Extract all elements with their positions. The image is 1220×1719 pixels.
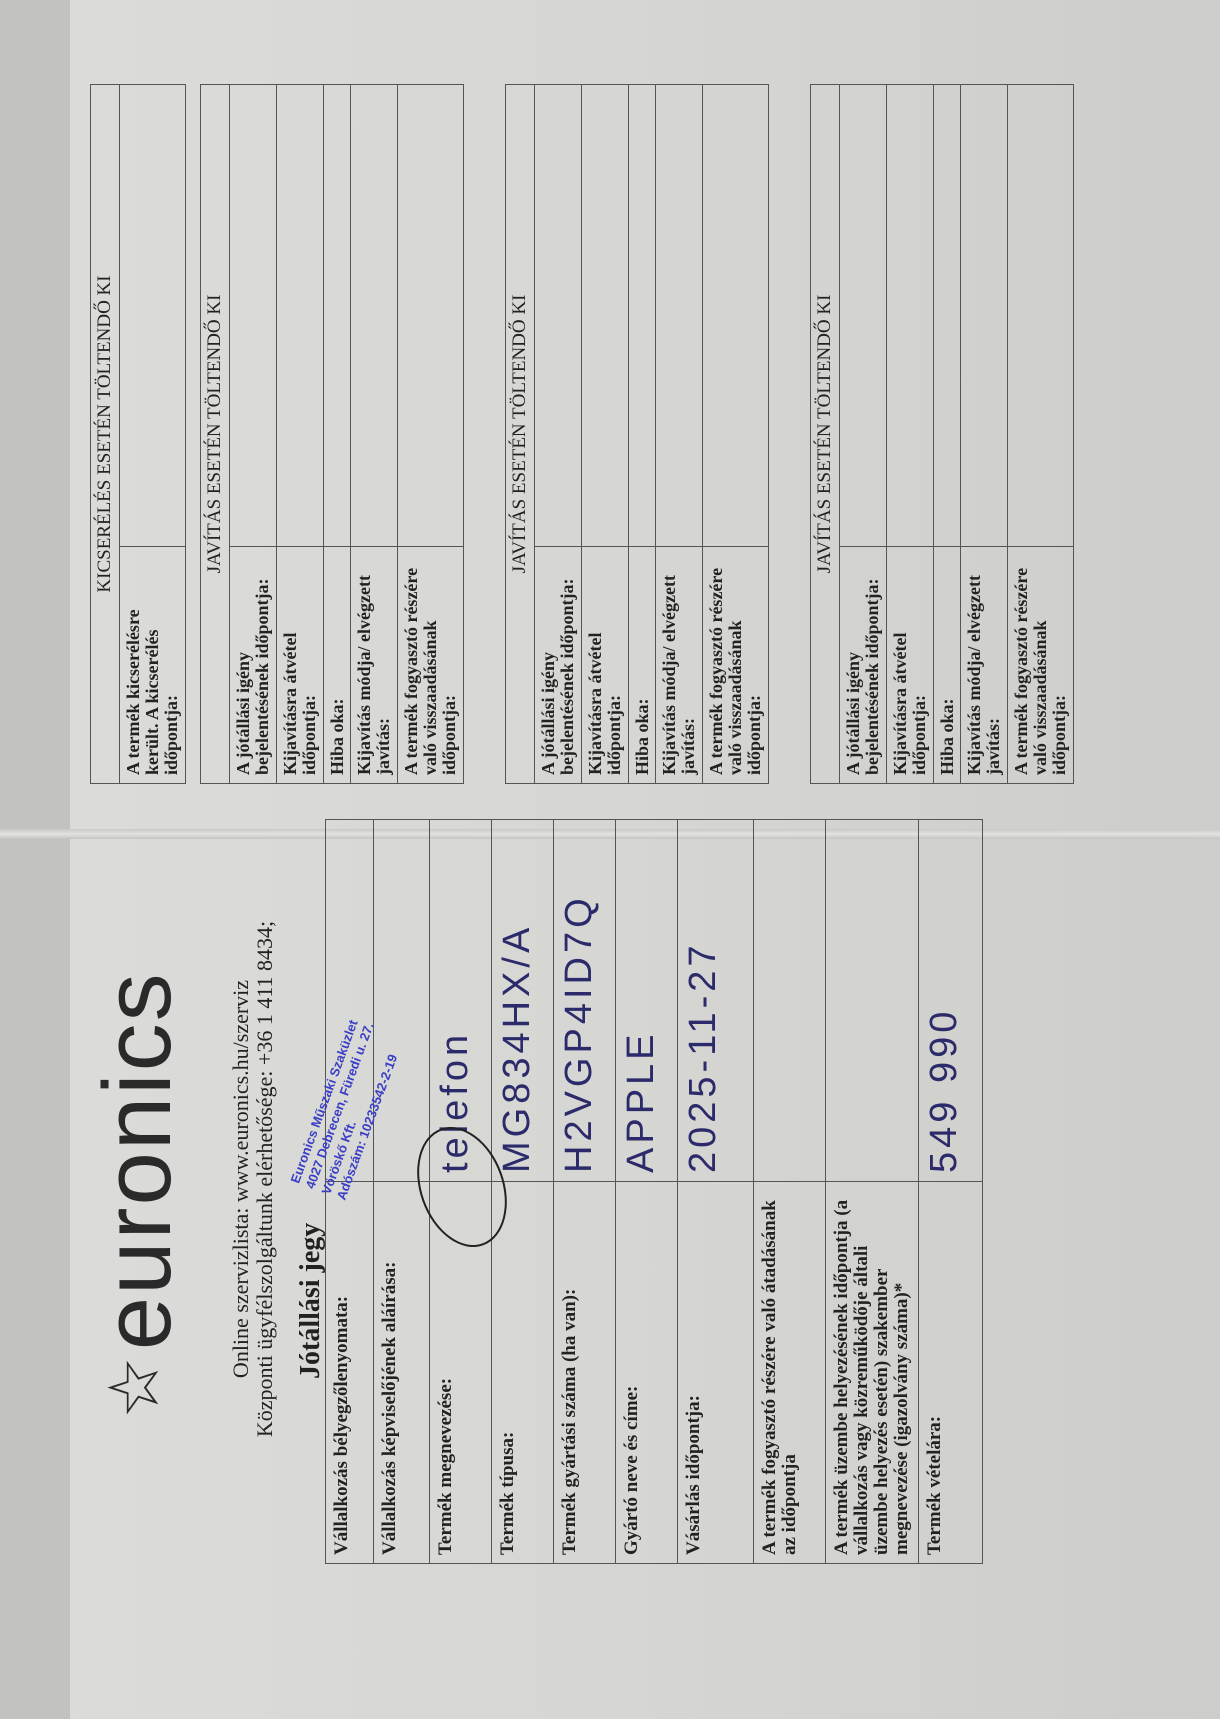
section-header: JAVÍTÁS ESETÉN TÖLTENDŐ KI [811,85,840,784]
field-label: Vállalkozás képviselőjének aláírása: [374,1182,430,1564]
field-value [398,85,464,547]
field-label: A termék fogyasztó részére való átadásán… [754,1182,826,1564]
field-label: Vásárlás időpontja: [678,1182,754,1564]
right-section-table: JAVÍTÁS ESETÉN TÖLTENDŐ KIA jótállási ig… [810,84,1074,784]
field-value: MG834HX/A [492,820,554,1182]
table-row: Termék vételára:549 990 [918,820,982,1564]
table-row: Vásárlás időpontja:2025-11-27 [678,820,754,1564]
field-label: Kijavítás módja/ elvégzett javítás: [656,547,703,784]
warranty-card-sheet: ☆euronics Online szervizlista: www.euron… [0,0,1220,1719]
field-label: A jótállási igény bejelentésének időpont… [839,547,886,784]
field-value [839,85,886,547]
field-value [581,85,628,547]
field-value [826,820,919,1182]
table-row: A termék fogyasztó részére való visszaad… [398,85,464,784]
background-strip [0,0,70,1719]
field-value [323,85,351,547]
field-label: Kijavításra átvétel időpontja: [886,547,933,784]
field-label: Termék típusa: [492,1182,554,1564]
brand-name: euronics [84,971,191,1350]
table-row: A termék üzembe helyezésének időpontja (… [826,820,919,1564]
document-title: Jótállási jegy [295,1223,327,1379]
field-label: A jótállási igény bejelentésének időpont… [229,547,276,784]
field-value [276,85,323,547]
table-row: A termék fogyasztó részére való átadásán… [754,820,826,1564]
field-value [1008,85,1074,547]
field-value [961,85,1008,547]
table-row: A termék fogyasztó részére való visszaad… [1008,85,1074,784]
table-row: A termék fogyasztó részére való visszaad… [703,85,769,784]
field-label: Kijavításra átvétel időpontja: [276,547,323,784]
field-label: Kijavítás módja/ elvégzett javítás: [961,547,1008,784]
table-row: A jótállási igény bejelentésének időpont… [534,85,581,784]
field-label: Kijavítás módja/ elvégzett javítás: [351,547,398,784]
field-value [229,85,276,547]
field-value: H2VGP4ID7Q [554,820,616,1182]
right-section-table: KICSERÉLÉS ESETÉN TÖLTENDŐ KIA termék ki… [90,84,186,784]
table-row: Hiba oka: [323,85,351,784]
field-label: Hiba oka: [323,547,351,784]
field-label: A termék kicserélésre került. A kicserél… [119,547,185,784]
field-label: Vállalkozás bélyegzőlenyomata: [326,1182,374,1564]
online-service-text: Online szervizlista: www.euronics.hu/sze… [228,679,254,1679]
field-label: A jótállási igény bejelentésének időpont… [534,547,581,784]
field-label: Hiba oka: [933,547,961,784]
table-row: Kijavítás módja/ elvégzett javítás: [656,85,703,784]
field-label: Termék gyártási száma (ha van): [554,1182,616,1564]
table-row: A termék kicserélésre került. A kicserél… [119,85,185,784]
field-value [703,85,769,547]
field-value: APPLE [616,820,678,1182]
table-row: A jótállási igény bejelentésének időpont… [839,85,886,784]
field-value [534,85,581,547]
field-value [351,85,398,547]
table-row: Kijavítás módja/ elvégzett javítás: [351,85,398,784]
field-label: A termék fogyasztó részére való visszaad… [398,547,464,784]
field-value: 2025-11-27 [678,820,754,1182]
table-row: Termék gyártási száma (ha van):H2VGP4ID7… [554,820,616,1564]
field-label: A termék fogyasztó részére való visszaad… [703,547,769,784]
table-row: Kijavításra átvétel időpontja: [886,85,933,784]
field-value [628,85,656,547]
euronics-logo: ☆euronics [90,971,186,1419]
right-section-table: JAVÍTÁS ESETÉN TÖLTENDŐ KIA jótállási ig… [200,84,464,784]
field-label: Kijavításra átvétel időpontja: [581,547,628,784]
field-label: Hiba oka: [628,547,656,784]
section-header: KICSERÉLÉS ESETÉN TÖLTENDŐ KI [91,85,120,784]
table-row: Kijavításra átvétel időpontja: [581,85,628,784]
table-row: Gyártó neve és címe:APPLE [616,820,678,1564]
table-row: Kijavítás módja/ elvégzett javítás: [961,85,1008,784]
table-row: Kijavításra átvétel időpontja: [276,85,323,784]
star-icon: ☆ [95,1354,173,1419]
field-label: A termék fogyasztó részére való visszaad… [1008,547,1074,784]
field-label: Gyártó neve és címe: [616,1182,678,1564]
field-label: Termék vételára: [918,1182,982,1564]
field-label: A termék üzembe helyezésének időpontja (… [826,1182,919,1564]
right-section-table: JAVÍTÁS ESETÉN TÖLTENDŐ KIA jótállási ig… [505,84,769,784]
table-row: Hiba oka: [933,85,961,784]
table-row: Hiba oka: [628,85,656,784]
field-value [886,85,933,547]
field-value [656,85,703,547]
section-header: JAVÍTÁS ESETÉN TÖLTENDŐ KI [201,85,230,784]
field-value [754,820,826,1182]
field-value [119,85,185,547]
field-value: 549 990 [918,820,982,1182]
customer-service-text: Központi ügyfélszolgáltunk elérhetősége:… [252,679,278,1679]
table-row: A jótállási igény bejelentésének időpont… [229,85,276,784]
field-value [933,85,961,547]
section-header: JAVÍTÁS ESETÉN TÖLTENDŐ KI [506,85,535,784]
